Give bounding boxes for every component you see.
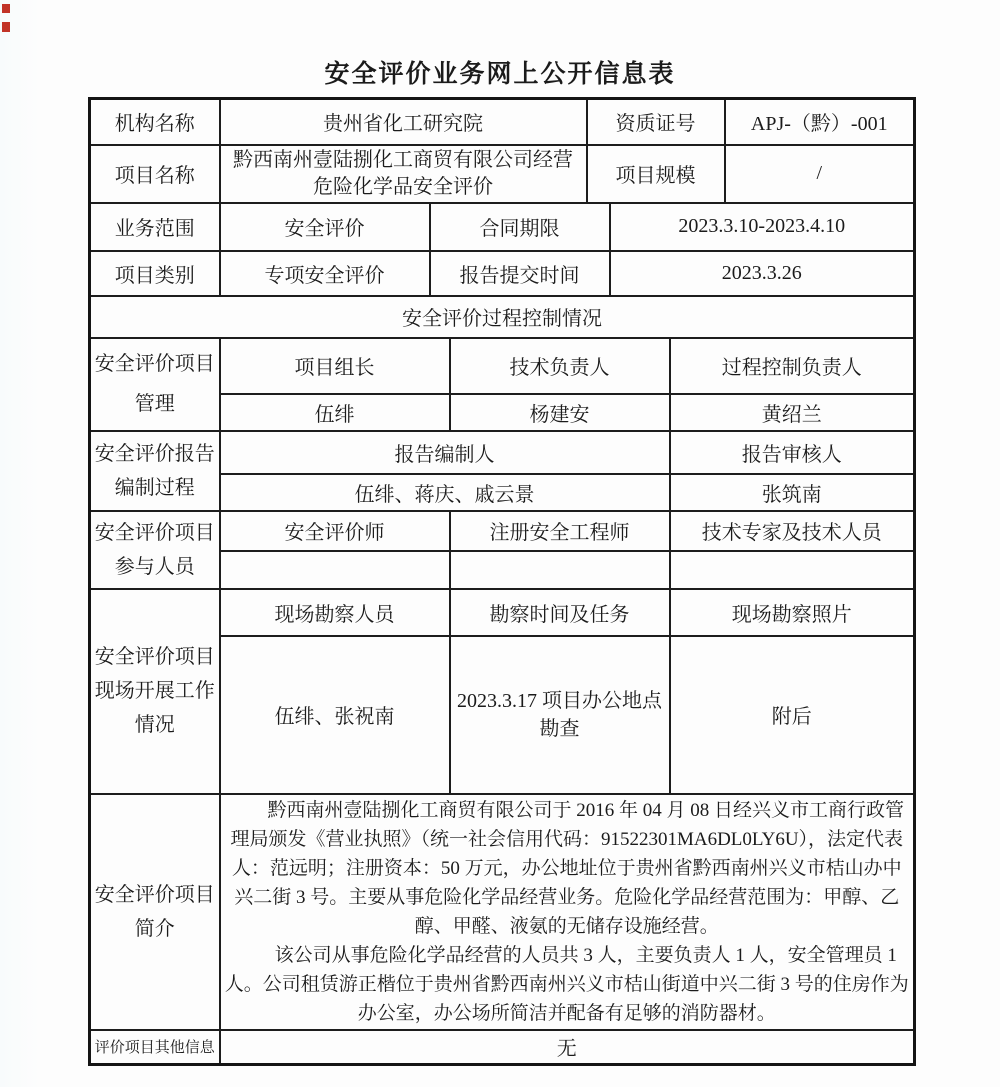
survey-time-task-value: 2023.3.17 项目办公地点勘查	[450, 636, 670, 794]
org-name-value: 贵州省化工研究院	[220, 99, 587, 145]
registered-engineer-value	[450, 551, 670, 589]
registered-engineer-header: 注册安全工程师	[450, 511, 670, 551]
other-info-value: 无	[220, 1030, 915, 1065]
table-row: 评价项目其他信息 无	[90, 1030, 915, 1065]
tech-lead-value: 杨建安	[450, 394, 670, 431]
report-reviewer-value: 张筑南	[670, 474, 915, 511]
scanned-document-page: 安全评价业务网上公开信息表 机构名称 贵州省化工研究院 资质证号 APJ-（黔）…	[0, 0, 1000, 1087]
section-band-row: 安全评价过程控制情况	[90, 296, 915, 338]
cert-no-label: 资质证号	[587, 99, 725, 145]
page-title: 安全评价业务网上公开信息表	[0, 54, 1000, 90]
table-row: 安全评价报告 编制过程 报告编制人 报告审核人	[90, 431, 915, 474]
report-reviewer-header: 报告审核人	[670, 431, 915, 474]
contract-period-label: 合同期限	[430, 203, 610, 251]
tech-lead-header: 技术负责人	[450, 338, 670, 394]
report-submit-label: 报告提交时间	[430, 251, 610, 296]
site-survey-personnel-value: 伍绯、张祝南	[220, 636, 450, 794]
table-row: 安全评价项目 现场开展工作 情况 现场勘察人员 勘察时间及任务 现场勘察照片	[90, 589, 915, 636]
profile-paragraph-1: 黔西南州壹陆捌化工商贸有限公司于 2016 年 04 月 08 日经兴义市工商行…	[224, 796, 911, 941]
table-row: 安全评价项目 管理 项目组长 技术负责人 过程控制负责人	[90, 338, 915, 394]
scan-artifact-mark	[2, 4, 10, 13]
contract-period-value: 2023.3.10-2023.4.10	[610, 203, 915, 251]
org-name-label: 机构名称	[90, 99, 220, 145]
project-name-label: 项目名称	[90, 145, 220, 203]
process-control-lead-value: 黄绍兰	[670, 394, 915, 431]
info-table: 机构名称 贵州省化工研究院 资质证号 APJ-（黔）-001 项目名称 黔西南州…	[88, 97, 916, 1066]
report-writer-header: 报告编制人	[220, 431, 670, 474]
business-scope-label: 业务范围	[90, 203, 220, 251]
table-row: 安全评价项目 参与人员 安全评价师 注册安全工程师 技术专家及技术人员	[90, 511, 915, 551]
team-leader-value: 伍绯	[220, 394, 450, 431]
project-category-value: 专项安全评价	[220, 251, 430, 296]
report-writer-value: 伍绯、蒋庆、戚云景	[220, 474, 670, 511]
project-profile-text: 黔西南州壹陆捌化工商贸有限公司于 2016 年 04 月 08 日经兴义市工商行…	[220, 794, 915, 1030]
scan-artifact-mark	[2, 22, 10, 32]
cert-no-value: APJ-（黔）-001	[725, 99, 915, 145]
tech-experts-value	[670, 551, 915, 589]
business-scope-value: 安全评价	[220, 203, 430, 251]
report-submit-value: 2023.3.26	[610, 251, 915, 296]
safety-assessor-value	[220, 551, 450, 589]
project-name-value: 黔西南州壹陆捌化工商贸有限公司经营危险化学品安全评价	[220, 145, 587, 203]
table-row: 机构名称 贵州省化工研究院 资质证号 APJ-（黔）-001	[90, 99, 915, 145]
project-scale-label: 项目规模	[587, 145, 725, 203]
project-scale-value: /	[725, 145, 915, 203]
other-info-label: 评价项目其他信息	[90, 1030, 220, 1065]
table-row: 业务范围 安全评价 合同期限 2023.3.10-2023.4.10	[90, 203, 915, 251]
table-row: 安全评价项目 简介 黔西南州壹陆捌化工商贸有限公司于 2016 年 04 月 0…	[90, 794, 915, 1030]
project-category-label: 项目类别	[90, 251, 220, 296]
site-work-row-label: 安全评价项目 现场开展工作 情况	[90, 589, 220, 794]
tech-experts-header: 技术专家及技术人员	[670, 511, 915, 551]
profile-paragraph-2: 该公司从事危险化学品经营的人员共 3 人，主要负责人 1 人，安全管理员 1 人…	[224, 941, 911, 1028]
process-control-band-title: 安全评价过程控制情况	[90, 296, 915, 338]
management-row-label: 安全评价项目 管理	[90, 338, 220, 431]
site-photos-value: 附后	[670, 636, 915, 794]
site-survey-personnel-header: 现场勘察人员	[220, 589, 450, 636]
process-control-lead-header: 过程控制负责人	[670, 338, 915, 394]
report-process-row-label: 安全评价报告 编制过程	[90, 431, 220, 511]
table-row: 项目类别 专项安全评价 报告提交时间 2023.3.26	[90, 251, 915, 296]
project-profile-row-label: 安全评价项目 简介	[90, 794, 220, 1030]
safety-assessor-header: 安全评价师	[220, 511, 450, 551]
team-leader-header: 项目组长	[220, 338, 450, 394]
table-row: 项目名称 黔西南州壹陆捌化工商贸有限公司经营危险化学品安全评价 项目规模 /	[90, 145, 915, 203]
participants-row-label: 安全评价项目 参与人员	[90, 511, 220, 589]
site-photos-header: 现场勘察照片	[670, 589, 915, 636]
survey-time-task-header: 勘察时间及任务	[450, 589, 670, 636]
